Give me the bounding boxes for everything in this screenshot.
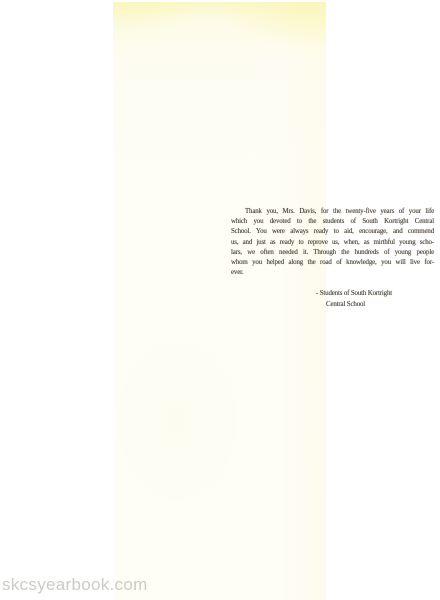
scan-canvas: Thank you, Mrs. Davis, for the twenty-fi… xyxy=(0,0,440,600)
dedication-line: whom you helped along the road of knowle… xyxy=(231,258,434,268)
signature-line: - Students of South Kortright xyxy=(231,289,434,299)
dedication-line: ever. xyxy=(231,268,434,278)
site-watermark: skcsyearbook.com xyxy=(2,575,148,595)
dedication-line: Thank you, Mrs. Davis, for the twenty-fi… xyxy=(231,207,434,217)
dedication-line: lars, we often needed it. Through the hu… xyxy=(231,248,434,258)
signature-line: Central School xyxy=(231,300,434,310)
dedication-paragraph: Thank you, Mrs. Davis, for the twenty-fi… xyxy=(231,207,434,310)
dedication-line: which you devoted to the students of Sou… xyxy=(231,217,434,227)
yearbook-page: Thank you, Mrs. Davis, for the twenty-fi… xyxy=(113,2,326,600)
dedication-line: us, and just as ready to reprove us, whe… xyxy=(231,238,434,248)
dedication-line: School. You were always ready to aid, en… xyxy=(231,227,434,237)
dedication-signature: - Students of South Kortright Central Sc… xyxy=(231,289,434,310)
